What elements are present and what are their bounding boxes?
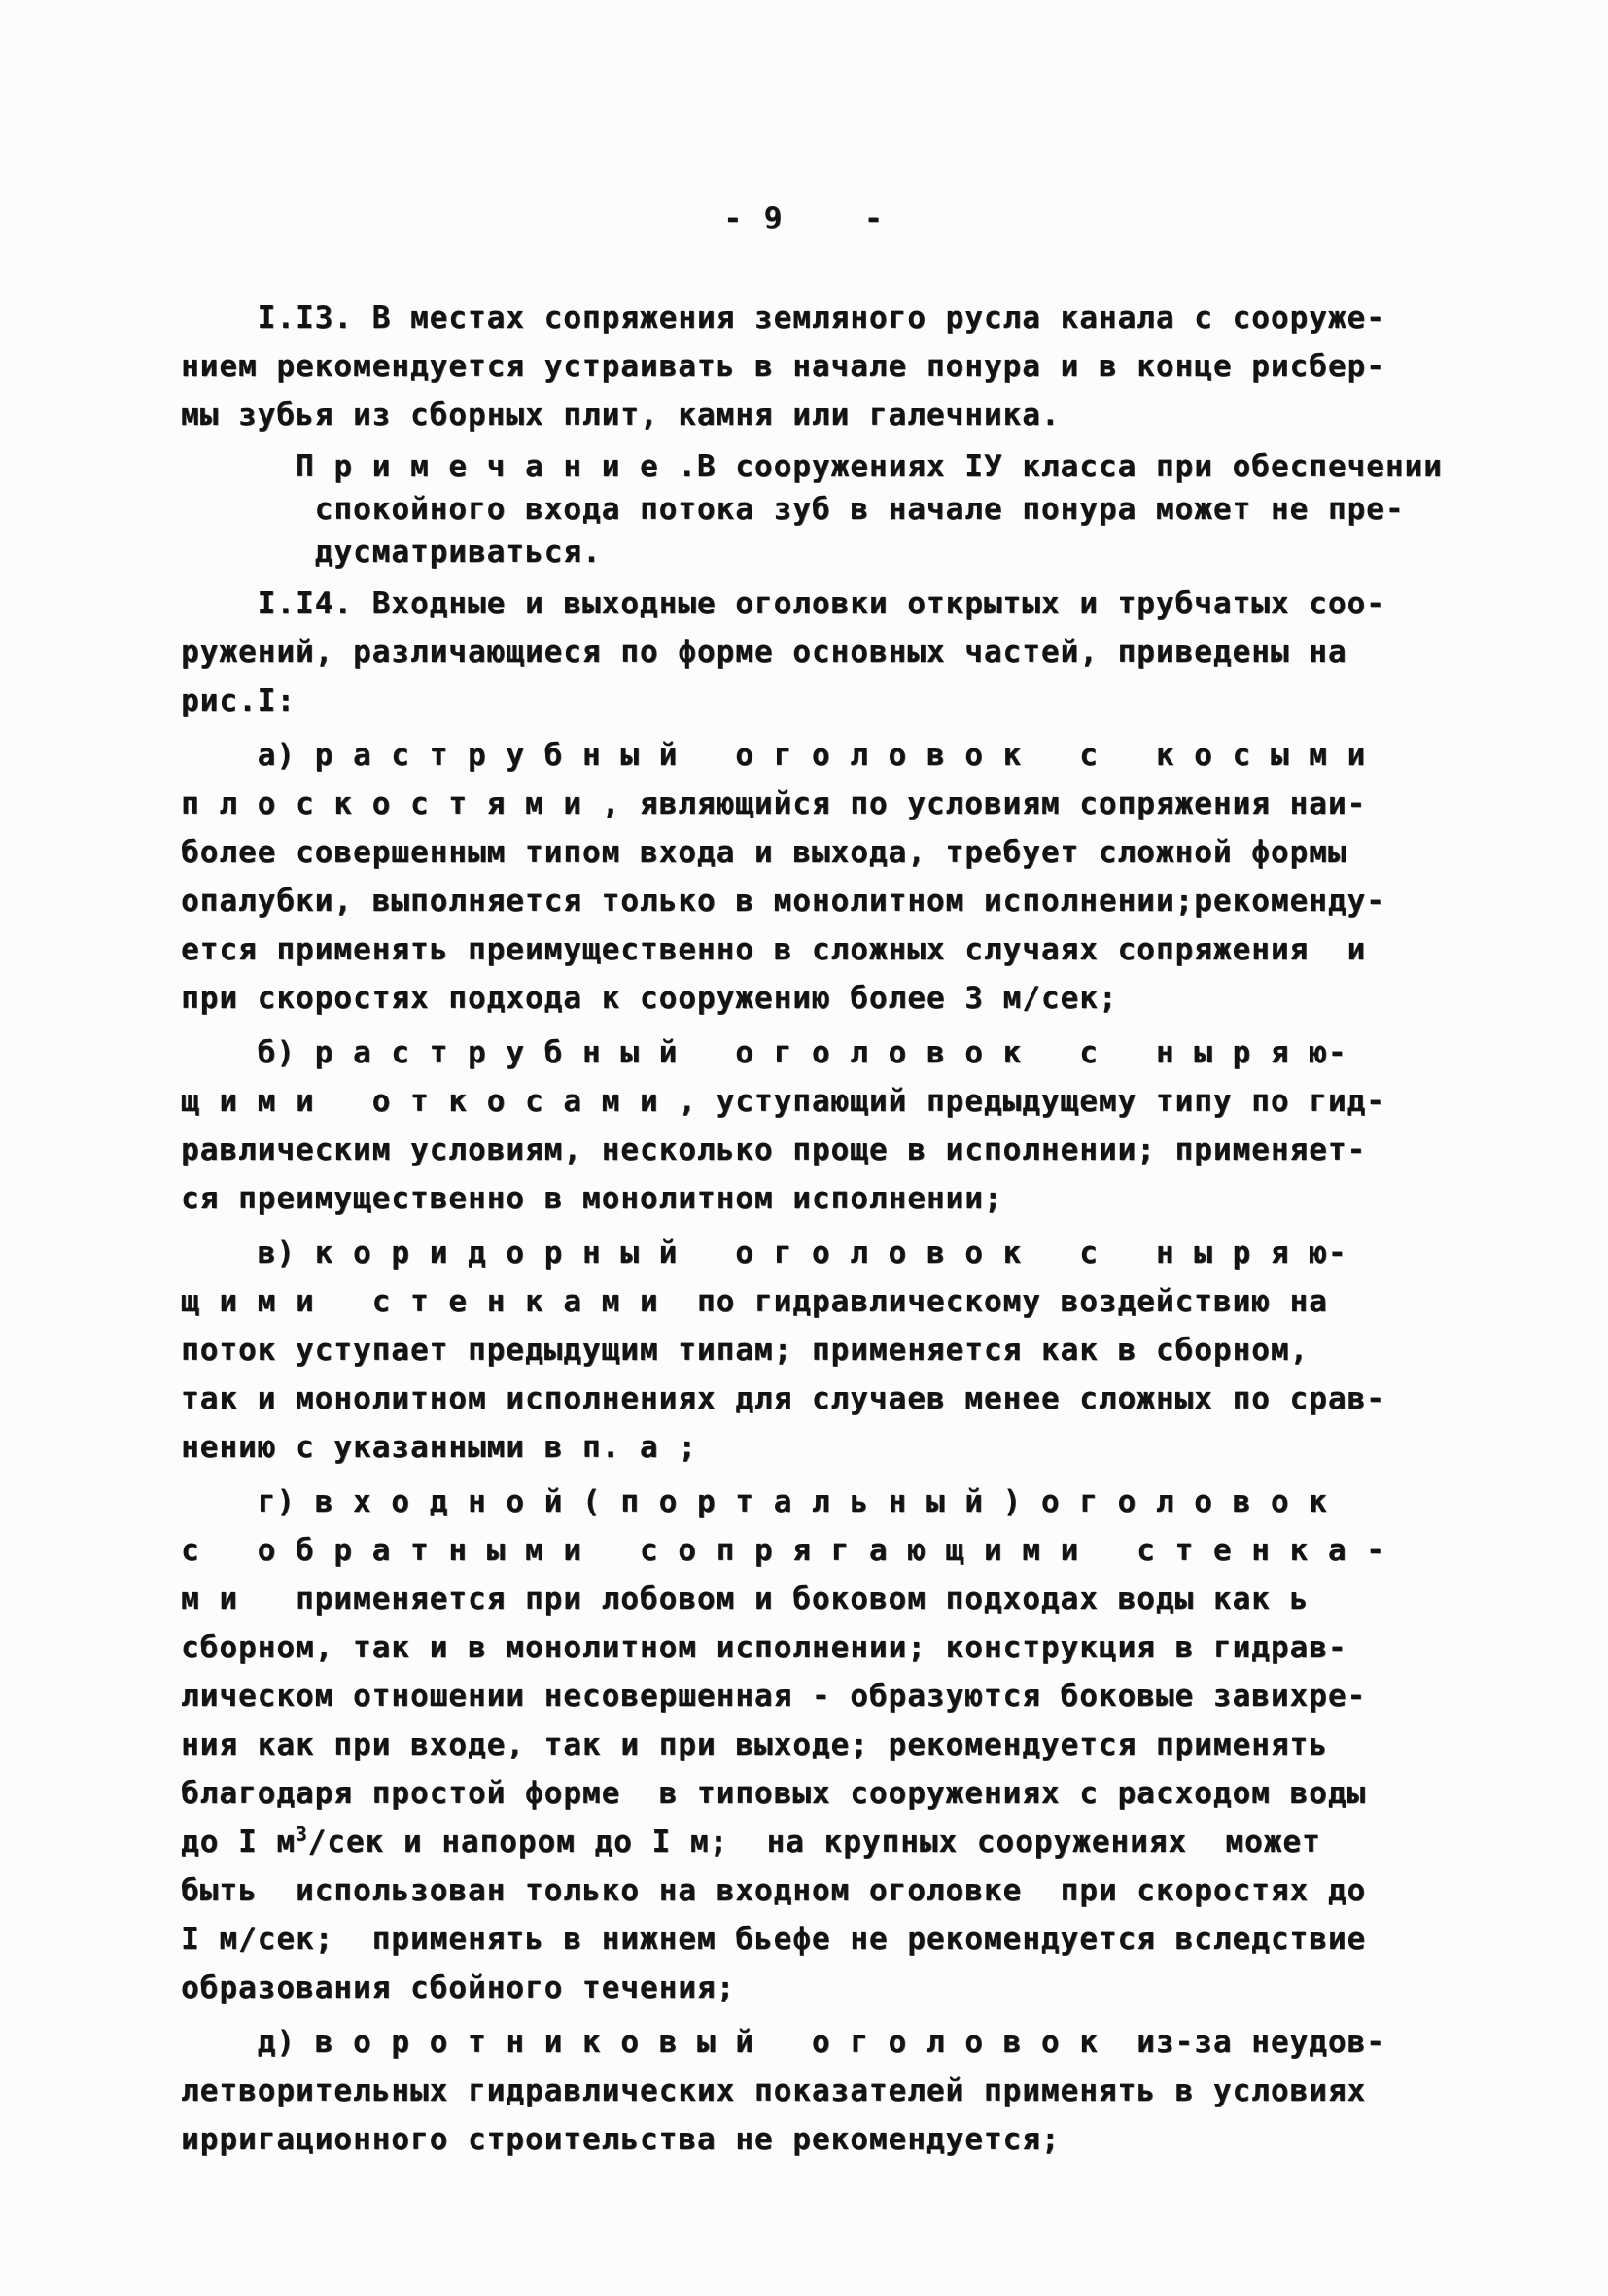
text-line: ся преимущественно в монолитном исполнен… [181, 1174, 1569, 1223]
text-line: щ и м и о т к о с а м и , уступающий пре… [181, 1077, 1569, 1126]
note-block: П р и м е ч а н и е .В сооружениях IУ кл… [296, 445, 1569, 574]
scanned-document-page: - 9 - I.I3. В местах сопряжения земляног… [0, 0, 1608, 2296]
text-line: щ и м и с т е н к а м и по гидравлическо… [181, 1277, 1569, 1326]
text-line: равлическим условиям, несколько проще в … [181, 1126, 1569, 1174]
text-line: ния как при входе, так и при выходе; рек… [181, 1721, 1569, 1769]
page-number: - 9 - [39, 194, 1569, 243]
text-line: лическом отношении несовершенная - образ… [181, 1672, 1569, 1721]
text-line: г) в х о д н о й ( п о р т а л ь н ы й )… [181, 1478, 1569, 1526]
text-line: ирригационного строительства не рекоменд… [181, 2115, 1569, 2164]
text-line: I.I4. Входные и выходные оголовки открыт… [181, 579, 1569, 628]
text-line: ружений, различающиеся по форме основных… [181, 628, 1569, 677]
text-line: м и применяется при лобовом и боковом по… [181, 1575, 1569, 1623]
text-segment: /сек и напором до I м; на крупных сооруж… [308, 1825, 1321, 1860]
text-line: рис.I: [181, 677, 1569, 725]
text-line: I м/сек; применять в нижнем бьефе не рек… [181, 1915, 1569, 1964]
text-line: ется применять преимущественно в сложных… [181, 925, 1569, 974]
text-line: I.I3. В местах сопряжения земляного русл… [181, 294, 1569, 342]
text-line: с о б р а т н ы м и с о п р я г а ю щ и … [181, 1526, 1569, 1575]
paragraph-1-14: I.I4. Входные и выходные оголовки открыт… [181, 579, 1569, 725]
text-line: п л о с к о с т я м и , являющийся по ус… [181, 780, 1569, 828]
text-line: мы зубья из сборных плит, камня или гале… [181, 391, 1569, 439]
note-line: спокойного входа потока зуб в начале пон… [296, 488, 1569, 531]
text-line: более совершенным типом входа и выхода, … [181, 828, 1569, 877]
note-line: П р и м е ч а н и е .В сооружениях IУ кл… [296, 445, 1569, 488]
list-item-v: в) к о р и д о р н ы й о г о л о в о к с… [181, 1229, 1569, 1472]
text-line: сборном, так и в монолитном исполнении; … [181, 1623, 1569, 1672]
paragraph-1-13: I.I3. В местах сопряжения земляного русл… [181, 294, 1569, 439]
text-line: поток уступает предыдущим типам; применя… [181, 1326, 1569, 1374]
text-segment: до I м [181, 1825, 296, 1860]
text-line: а) р а с т р у б н ы й о г о л о в о к с… [181, 731, 1569, 780]
list-item-g: г) в х о д н о й ( п о р т а л ь н ы й )… [181, 1478, 1569, 2012]
text-line: так и монолитном исполнениях для случаев… [181, 1374, 1569, 1423]
text-line: б) р а с т р у б н ы й о г о л о в о к с… [181, 1028, 1569, 1077]
note-line: дусматриваться. [296, 531, 1569, 574]
text-line: летворительных гидравлических показателе… [181, 2067, 1569, 2115]
list-item-d: д) в о р о т н и к о в ы й о г о л о в о… [181, 2018, 1569, 2164]
text-line: благодаря простой форме в типовых сооруж… [181, 1769, 1569, 1818]
list-item-b: б) р а с т р у б н ы й о г о л о в о к с… [181, 1028, 1569, 1223]
text-line: быть использован только на входном оголо… [181, 1866, 1569, 1915]
text-line: образования сбойного течения; [181, 1964, 1569, 2012]
text-line: д) в о р о т н и к о в ы й о г о л о в о… [181, 2018, 1569, 2067]
text-line: нению с указанными в п. а ; [181, 1423, 1569, 1472]
superscript-cubic-meter: 3 [296, 1824, 308, 1846]
text-line: опалубки, выполняется только в монолитно… [181, 877, 1569, 925]
text-line: нием рекомендуется устраивать в начале п… [181, 342, 1569, 391]
text-line: в) к о р и д о р н ы й о г о л о в о к с… [181, 1229, 1569, 1277]
text-line-with-superscript: до I м3/сек и напором до I м; на крупных… [181, 1818, 1569, 1866]
text-line: при скоростях подхода к сооружению более… [181, 974, 1569, 1023]
list-item-a: а) р а с т р у б н ы й о г о л о в о к с… [181, 731, 1569, 1023]
